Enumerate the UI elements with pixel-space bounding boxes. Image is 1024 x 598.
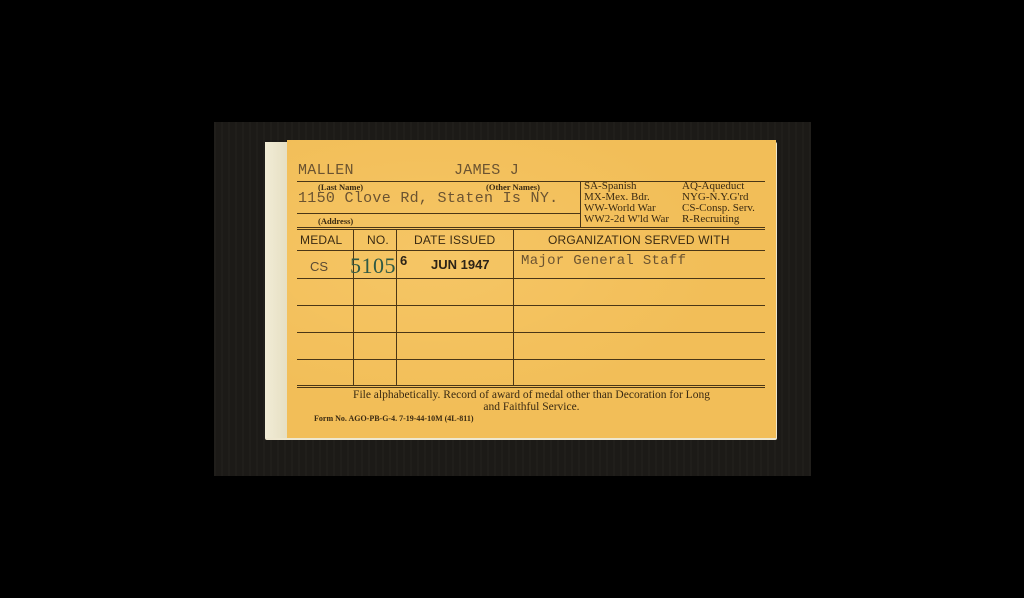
medal-code-legend: SA-Spanish AQ-Aqueduct MX-Mex. Bdr. NYG-…	[584, 181, 764, 225]
table-top-rule-1	[297, 227, 765, 228]
instruction-line-2: and Faithful Service.	[287, 401, 776, 413]
header-date-issued: DATE ISSUED	[414, 233, 495, 247]
card-stack-edge	[265, 142, 287, 438]
address-label: (Address)	[318, 216, 353, 226]
row-rule-4	[297, 359, 765, 360]
col-rule-2	[396, 230, 397, 385]
row1-date-day: 6	[400, 253, 407, 268]
row-rule-2	[297, 305, 765, 306]
legend-r: R-Recruiting	[682, 214, 739, 225]
table-top-rule-2	[297, 229, 765, 230]
row-rule-3	[297, 332, 765, 333]
address-rule	[297, 213, 580, 214]
last-name-value: MALLEN	[298, 162, 354, 179]
header-medal: MEDAL	[300, 233, 342, 247]
row1-organization: Major General Staff	[521, 253, 686, 269]
row1-date-month-year: JUN 1947	[431, 257, 490, 272]
address-value: 1150 Clove Rd, Staten Is NY.	[298, 190, 558, 207]
table-bottom-rule-2	[297, 387, 765, 388]
col-rule-3	[513, 230, 514, 385]
row1-number-stamp: 5105	[350, 253, 396, 279]
legend-divider	[580, 181, 581, 228]
other-names-value: JAMES J	[454, 162, 519, 179]
header-no: NO.	[367, 233, 389, 247]
form-number: Form No. AGO-PB-G-4. 7-19-44-10M (4L-811…	[314, 414, 474, 423]
medal-record-card: MALLEN JAMES J (Last Name) (Other Names)…	[287, 140, 776, 438]
filing-instructions: File alphabetically. Record of award of …	[287, 389, 776, 413]
instruction-line-1: File alphabetically. Record of award of …	[287, 389, 776, 401]
row-rule-header	[297, 250, 765, 251]
legend-ww2: WW2-2d W'ld War	[584, 214, 682, 225]
row1-medal: CS	[310, 259, 328, 274]
table-bottom-rule-1	[297, 385, 765, 386]
header-organization: ORGANIZATION SERVED WITH	[548, 233, 730, 247]
